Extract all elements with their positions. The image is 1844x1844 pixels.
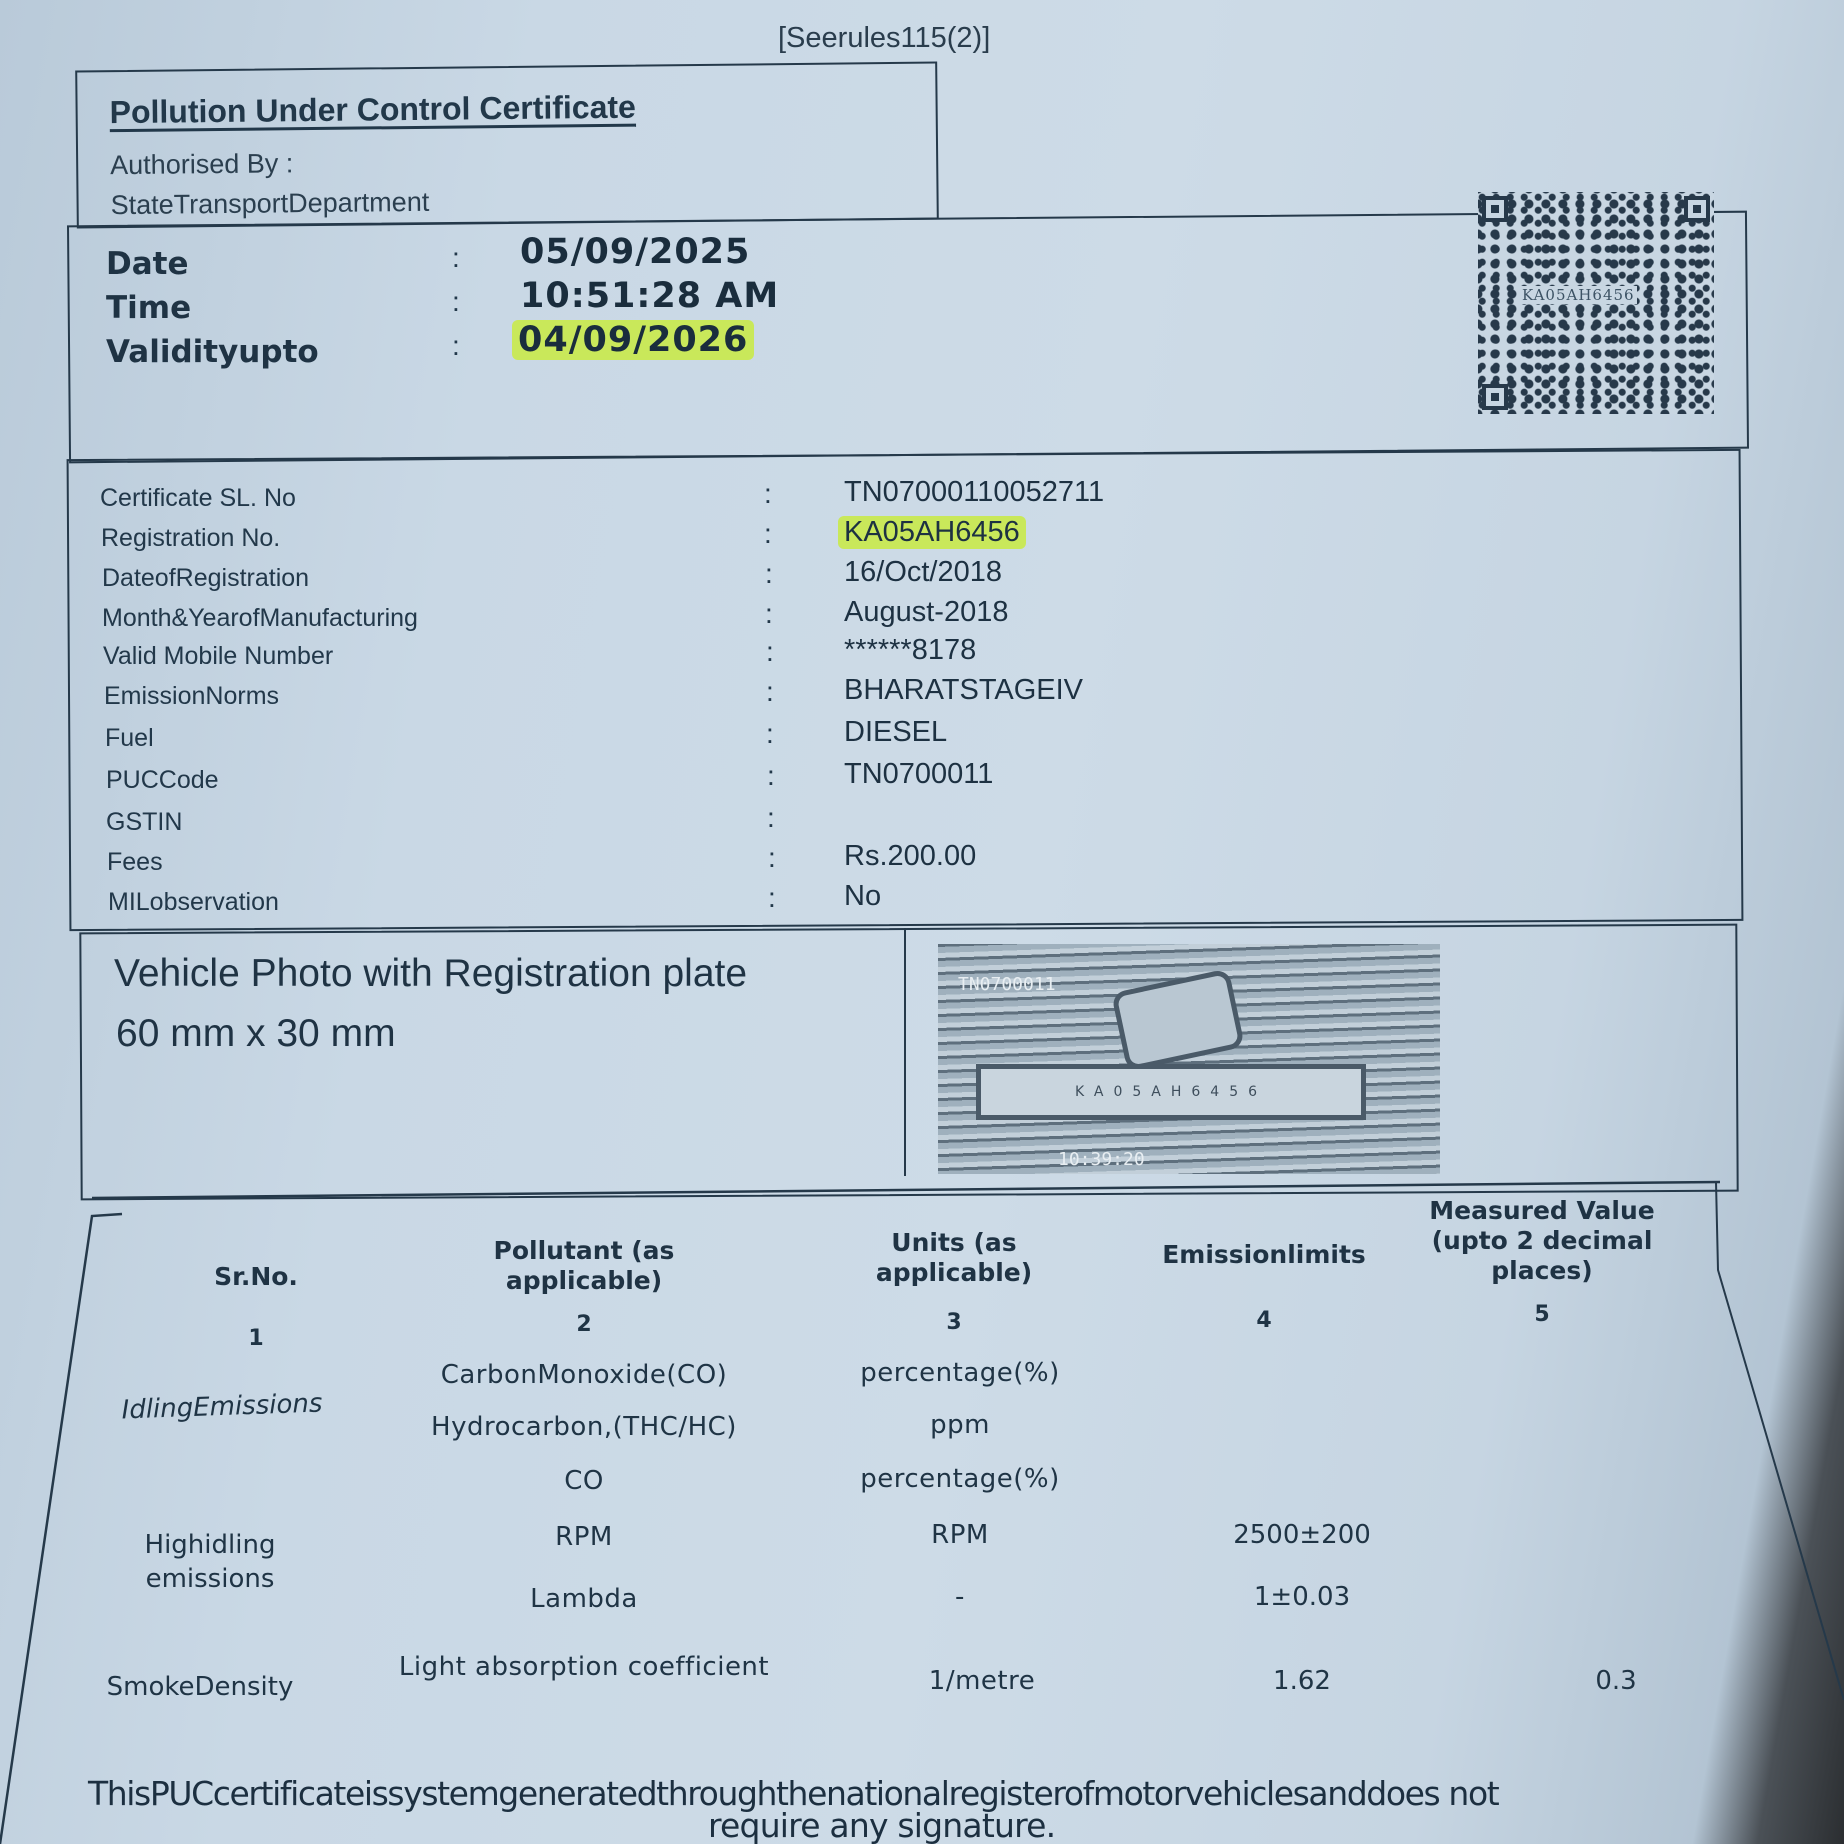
table-group-name: SmokeDensity [70,1670,330,1704]
table-header: Sr.No. [156,1262,356,1292]
pollutant-cell: CarbonMonoxide(CO) [384,1358,784,1392]
table-column-number: 4 [1244,1308,1284,1333]
table-column-number: 3 [934,1310,974,1335]
pollutant-cell: Light absorption coefficient [384,1650,784,1684]
unit-cell: 1/metre [832,1666,1132,1696]
unit-cell: percentage(%) [810,1358,1110,1388]
table-header: Emissionlimits [1144,1240,1384,1270]
emission-limit-cell: 1.62 [1152,1666,1452,1696]
table-header: Pollutant (as applicable) [454,1236,714,1296]
unit-cell: percentage(%) [810,1464,1110,1494]
table-column-number: 1 [236,1326,276,1351]
pollutant-cell: RPM [384,1520,784,1554]
pollutant-cell: Lambda [384,1582,784,1616]
table-header: Measured Value (upto 2 decimal places) [1412,1196,1672,1286]
pollutant-cell: CO [384,1464,784,1498]
table-header: Units (as applicable) [854,1228,1054,1288]
emission-limit-cell: 2500±200 [1152,1520,1452,1550]
unit-cell: - [810,1582,1110,1612]
emission-limit-cell: 1±0.03 [1152,1582,1452,1612]
measured-value-cell: 0.3 [1466,1666,1766,1696]
footer-line-2: require any signature. [708,1806,1055,1844]
unit-cell: RPM [810,1520,1110,1550]
puc-certificate-document: [Seerules115(2)] Pollution Under Control… [0,0,1844,1844]
table-column-number: 2 [564,1312,604,1337]
table-group-name: Highidling emissions [80,1528,340,1596]
pollutant-cell: Hydrocarbon,(THC/HC) [384,1410,784,1444]
unit-cell: ppm [810,1410,1110,1440]
table-column-number: 5 [1522,1302,1562,1327]
